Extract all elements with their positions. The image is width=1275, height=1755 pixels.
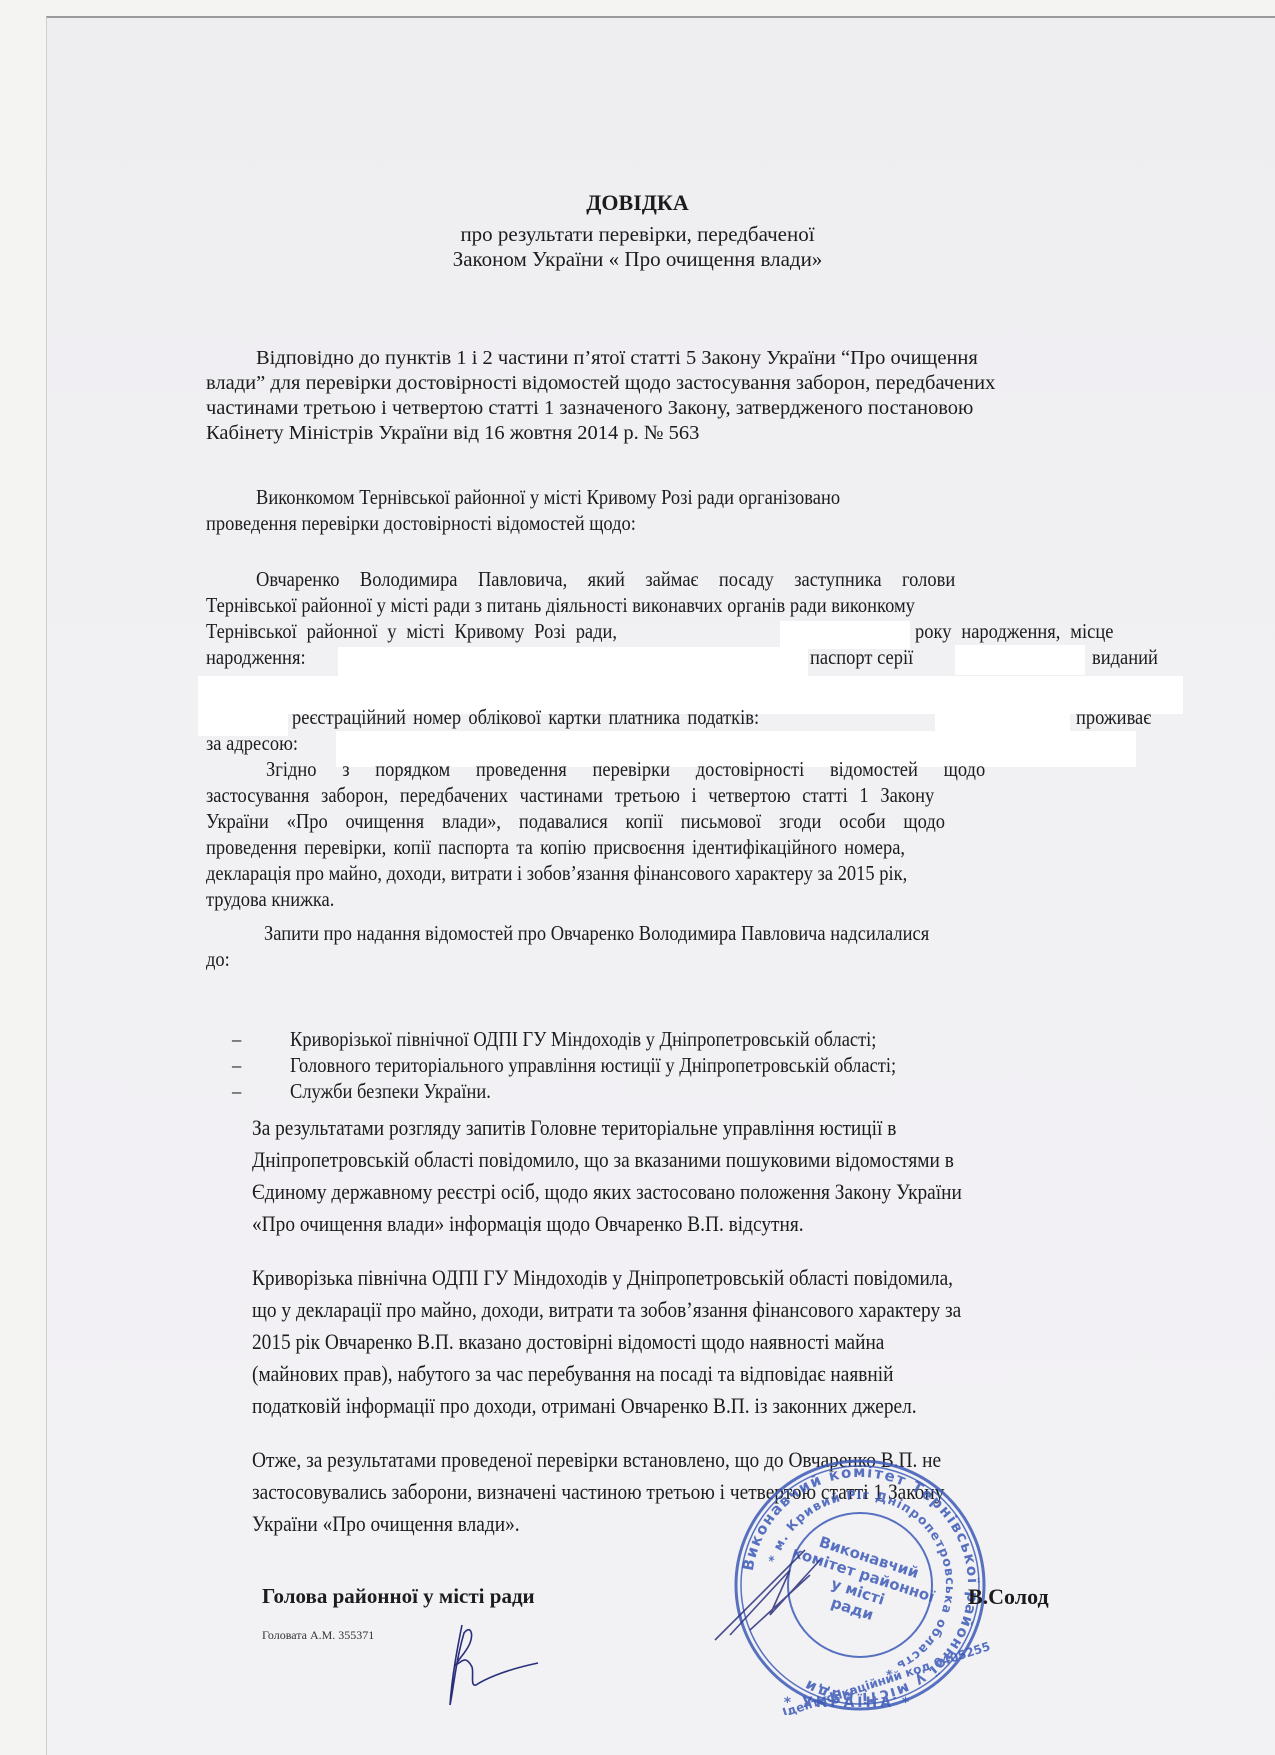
subject-line: Тернівської районної у місті Кривому Роз… [206,618,617,645]
redaction-birth-place [338,647,808,677]
tax-line: що у декларації про майно, доходи, витра… [252,1294,961,1326]
justice-line: Єдиному державному реєстрі осіб, щодо як… [252,1176,962,1208]
document-subtitle-line-1: про результати перевірки, передбаченої [0,222,1275,247]
subject-line: народження: [206,644,306,671]
signatory-position: Голова районної у місті ради [262,1584,535,1609]
organizer-line: Виконкомом Тернівської районної у місті … [256,484,840,511]
justice-line: Дніпропетровській області повідомило, що… [252,1144,954,1176]
intro-line: Кабінету Міністрів України від 16 жовтня… [206,421,699,446]
bullet-dash-icon: – [232,1078,241,1105]
organizer-line: проведення перевірки достовірності відом… [206,510,636,537]
document-title: ДОВІДКА [0,190,1275,216]
justice-line: За результатами розгляду запитів Головне… [252,1112,896,1144]
stamp-signature-icon [710,1540,850,1650]
intro-line: частинами третьою і четвертою статті 1 з… [206,396,973,421]
recipient-item: Головного територіального управління юст… [290,1052,896,1079]
subject-line: виданий [1092,644,1158,671]
subject-line: паспорт серії [810,644,913,671]
signatory-name: В.Солод [968,1584,1049,1610]
executor-signature-icon [430,1615,550,1715]
recipient-item: Служби безпеки України. [290,1078,491,1105]
requests-line: до: [206,946,230,973]
tax-line: 2015 рік Овчаренко В.П. вказано достовір… [252,1326,884,1358]
subject-line: за адресою: [206,730,298,757]
tax-line: Криворізька північна ОДПІ ГУ Міндоходів … [252,1262,953,1294]
procedure-line: застосування заборон, передбачених части… [206,782,934,809]
subject-line: року народження, місце [915,618,1113,645]
recipient-item: Криворізької північної ОДПІ ГУ Міндоході… [290,1026,876,1053]
subject-line: проживає [1076,704,1151,731]
bullet-dash-icon: – [232,1052,241,1079]
subject-line: Овчаренко Володимира Павловича, який зай… [256,566,1198,593]
intro-line: влади” для перевірки достовірності відом… [206,371,995,396]
tax-line: (майнових прав), набутого за час перебув… [252,1358,893,1390]
executor-note: Головата А.М. 355371 [262,1628,374,1643]
redaction-passport-number [955,645,1085,675]
procedure-line: України «Про очищення влади», подавалися… [206,808,945,835]
subject-line: реєстраційний номер облікової картки пла… [292,704,759,731]
justice-line: «Про очищення влади» інформація щодо Овч… [252,1208,804,1240]
requests-line: Запити про надання відомостей про Овчаре… [264,920,929,947]
svg-text:* УКРАЇНА *: * УКРАЇНА * [784,1694,912,1711]
bullet-dash-icon: – [232,1026,241,1053]
intro-line: Відповідно до пунктів 1 і 2 частини п’ят… [256,346,978,371]
document-subtitle-line-2: Законом України « Про очищення влади» [0,247,1275,272]
procedure-line: трудова книжка. [206,886,334,913]
tax-line: податковій інформації про доходи, отрима… [252,1390,917,1422]
subject-line-text: Овчаренко Володимира Павловича, який зай… [256,567,955,591]
procedure-line: декларація про майно, доходи, витрати і … [206,860,907,887]
procedure-line: Згідно з порядком проведення перевірки д… [266,756,985,783]
procedure-line: проведення перевірки, копії паспорта та … [206,834,905,861]
conclusion-line: України «Про очищення влади». [252,1508,520,1540]
subject-line: Тернівської районної у місті ради з пита… [206,592,915,619]
